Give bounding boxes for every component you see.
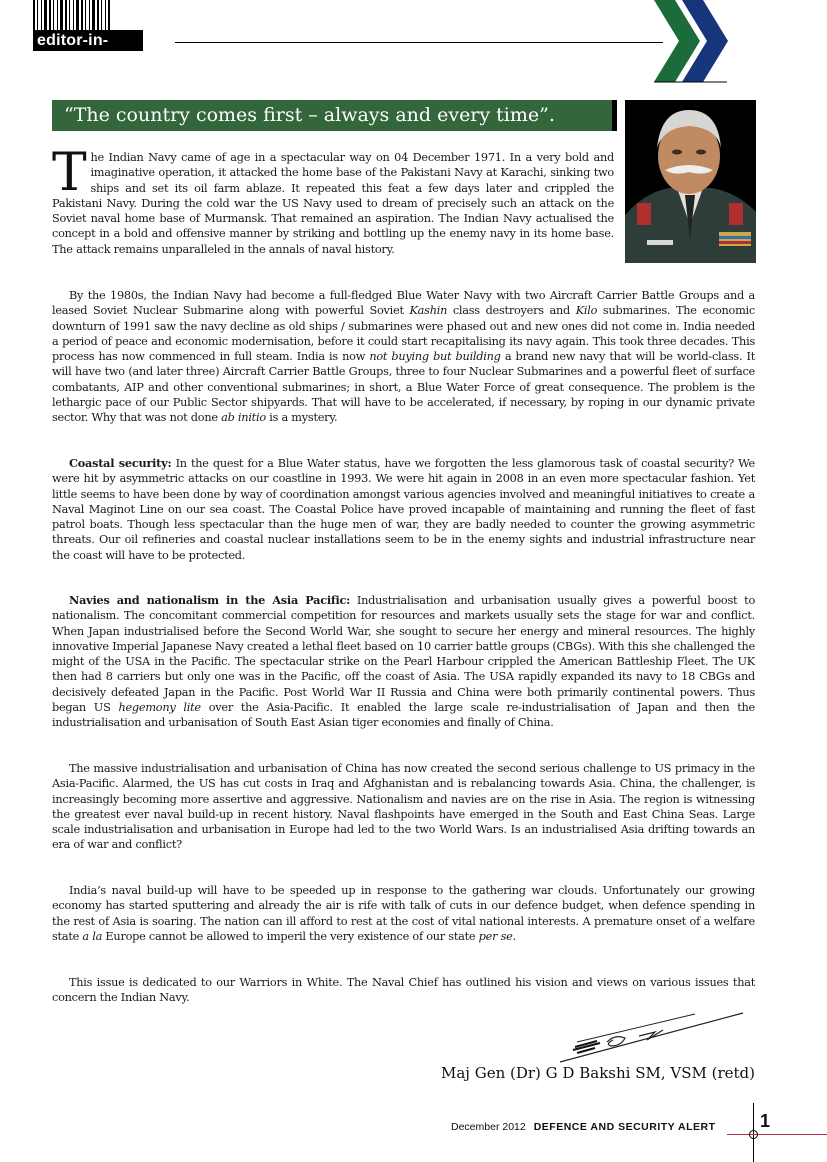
author-portrait [625, 100, 756, 263]
chevron-arrows-icon [654, 0, 764, 83]
header-rule [175, 42, 663, 43]
barcode-graphic [33, 0, 110, 30]
section-heading-navies-nationalism: Navies and nationalism in the Asia Pacif… [69, 593, 350, 607]
pull-quote-banner: “The country comes first – always and ev… [52, 100, 614, 131]
paragraph-text: In the quest for a Blue Water status, ha… [52, 457, 755, 562]
paragraph-text: This issue is dedicated to our Warriors … [52, 976, 755, 1004]
article-paragraph-3: Coastal security: In the quest for a Blu… [52, 456, 755, 563]
paragraph-text: Industrialisation and urbanisation usual… [52, 594, 755, 714]
italic-term: a la [82, 930, 102, 943]
article-paragraph-5: The massive industrialisation and urbani… [52, 761, 755, 853]
paragraph-text: Europe cannot be allowed to imperil the … [102, 930, 479, 943]
italic-term: hegemony lite [118, 701, 200, 714]
paragraph-text: he Indian Navy came of age in a spectacu… [52, 151, 614, 256]
italic-term: not buying but building [369, 350, 500, 363]
drop-cap: T [52, 153, 86, 193]
italic-term: ab initio [221, 411, 266, 424]
page-number: 1 [760, 1111, 770, 1132]
italic-term: Kashin [409, 304, 447, 317]
quote-band-edge [612, 100, 617, 131]
article-paragraph-7: This issue is dedicated to our Warriors … [52, 975, 755, 1006]
paragraph-text: is a mystery. [266, 411, 337, 424]
registration-mark-icon [749, 1130, 758, 1139]
section-tag: editor-in-chief [33, 30, 143, 51]
crop-mark-horizontal [727, 1134, 827, 1135]
portrait-image-icon [625, 100, 756, 263]
article-paragraph-2: By the 1980s, the Indian Navy had become… [52, 288, 755, 426]
article-paragraph-6: India’s naval build-up will have to be s… [52, 883, 755, 944]
article-paragraph-4: Navies and nationalism in the Asia Pacif… [52, 593, 755, 731]
signature-icon [555, 1010, 745, 1065]
section-heading-coastal-security: Coastal security: [69, 456, 171, 470]
author-name: Maj Gen (Dr) G D Bakshi SM, VSM (retd) [441, 1064, 755, 1082]
page-footer: December 2012DEFENCE AND SECURITY ALERT [451, 1121, 716, 1133]
issue-date: December 2012 [451, 1121, 526, 1133]
paragraph-text: class destroyers and [447, 304, 576, 317]
italic-term: Kilo [576, 304, 597, 317]
paragraph-text: The massive industrialisation and urbani… [52, 762, 755, 851]
italic-term: per se. [479, 930, 516, 943]
article-paragraph-1: The Indian Navy came of age in a spectac… [52, 150, 614, 257]
publication-name: DEFENCE AND SECURITY ALERT [534, 1121, 716, 1133]
pull-quote-text: “The country comes first – always and ev… [64, 104, 555, 126]
